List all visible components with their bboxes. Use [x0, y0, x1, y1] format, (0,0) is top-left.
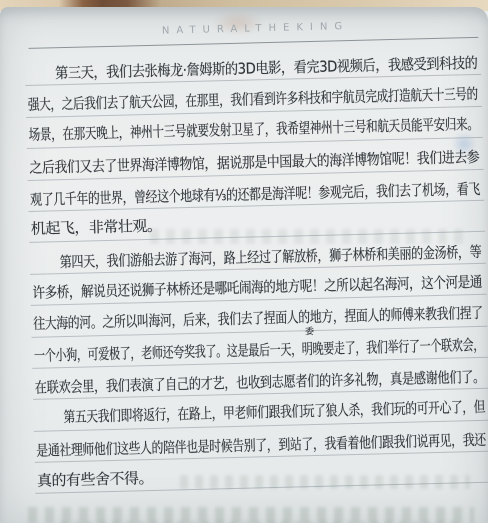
- page-content: NATURALTHEKING 第三天，我们去张梅龙·詹姆斯的3D电影，看完3D视…: [24, 18, 488, 494]
- brand-watermark: NATURALTHEKING: [24, 18, 480, 40]
- bleed-through-mark: [28, 507, 474, 523]
- essay-lines: 第三天，我们去张梅龙·詹姆斯的3D电影，看完3D视频后，我感受到科技的强大，之后…: [25, 44, 488, 494]
- handwritten-text: 机起飞，非常壮观。: [31, 215, 162, 239]
- notebook-paper: NATURALTHEKING 第三天，我们去张梅龙·詹姆斯的3D电影，看完3D视…: [0, 7, 488, 523]
- handwritten-text: 真的有些舍不得。: [37, 467, 153, 491]
- photo-of-handwritten-essay: NATURALTHEKING 第三天，我们去张梅龙·詹姆斯的3D电影，看完3D视…: [0, 0, 488, 523]
- inserted-correction-char: 委: [305, 324, 314, 337]
